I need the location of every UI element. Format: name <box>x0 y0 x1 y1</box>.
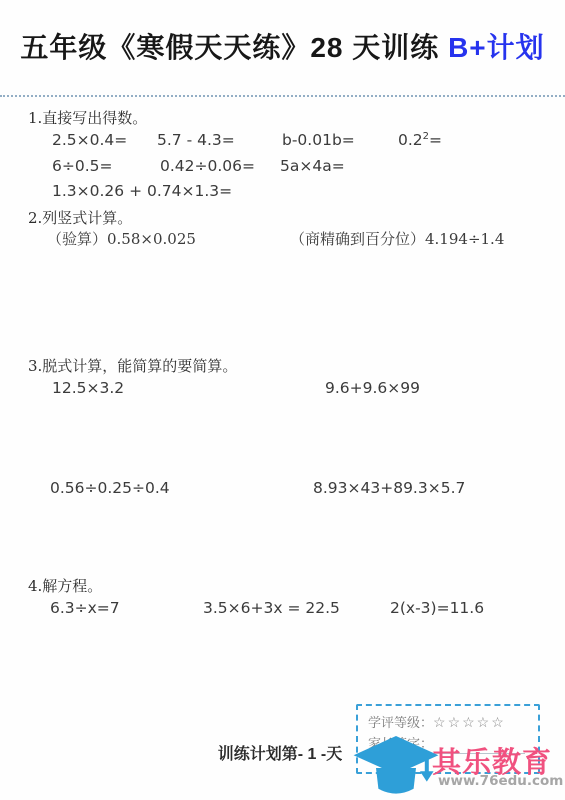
section3-heading: 3.脱式计算，能简算的要简算。 <box>28 355 237 376</box>
math-problem: 3.5×6+3x = 22.5 <box>203 599 340 617</box>
math-base: 0.2 <box>398 131 423 149</box>
page-title: 五年级《寒假天天练》28 天训练 B+计划 <box>0 26 565 66</box>
section4-heading: 4.解方程。 <box>28 575 102 596</box>
math-problem: 1.3×0.26 + 0.74×1.3= <box>52 182 232 200</box>
dotted-divider <box>0 95 565 97</box>
math-problem: 2.5×0.4= <box>52 131 127 149</box>
math-problem: （商精确到百分位）4.194÷1.4 <box>290 228 504 249</box>
grade-label: 学评等级： <box>368 715 433 730</box>
math-problem: 12.5×3.2 <box>52 379 124 397</box>
math-problem: 8.93×43+89.3×5.7 <box>313 479 465 497</box>
math-problem: b-0.01b= <box>282 131 355 149</box>
math-problem: 0.42÷0.06= <box>160 157 255 175</box>
worksheet-page: 五年级《寒假天天练》28 天训练 B+计划 1.直接写出得数。 2.5×0.4=… <box>0 0 565 800</box>
brand-url: www.76edu.com <box>438 773 563 789</box>
math-problem: 2(x-3)=11.6 <box>390 599 484 617</box>
math-problem: 0.56÷0.25÷0.4 <box>50 479 170 497</box>
signature-label: 家长签字： <box>368 736 433 751</box>
signature-line <box>433 741 525 754</box>
math-problem: 5a×4a= <box>280 157 345 175</box>
math-problem: 5.7 - 4.3= <box>157 131 235 149</box>
title-accent: B+计划 <box>448 32 545 63</box>
math-problem: （验算）0.58×0.025 <box>47 228 196 249</box>
section1-heading: 1.直接写出得数。 <box>28 107 147 128</box>
math-equals: = <box>429 131 442 149</box>
grade-row: 学评等级：☆☆☆☆☆ <box>368 712 538 734</box>
title-main: 五年级《寒假天天练》28 天训练 <box>20 32 448 63</box>
rating-box: 学评等级：☆☆☆☆☆ 家长签字： <box>356 704 540 774</box>
math-problem: 9.6+9.6×99 <box>325 379 420 397</box>
math-problem: 6.3÷x=7 <box>50 599 120 617</box>
section2-heading: 2.列竖式计算。 <box>28 207 132 228</box>
signature-row: 家长签字： <box>368 734 538 754</box>
star-rating: ☆☆☆☆☆ <box>433 714 506 730</box>
math-problem: 0.22= <box>398 131 442 149</box>
math-problem: 6÷0.5= <box>52 157 113 175</box>
